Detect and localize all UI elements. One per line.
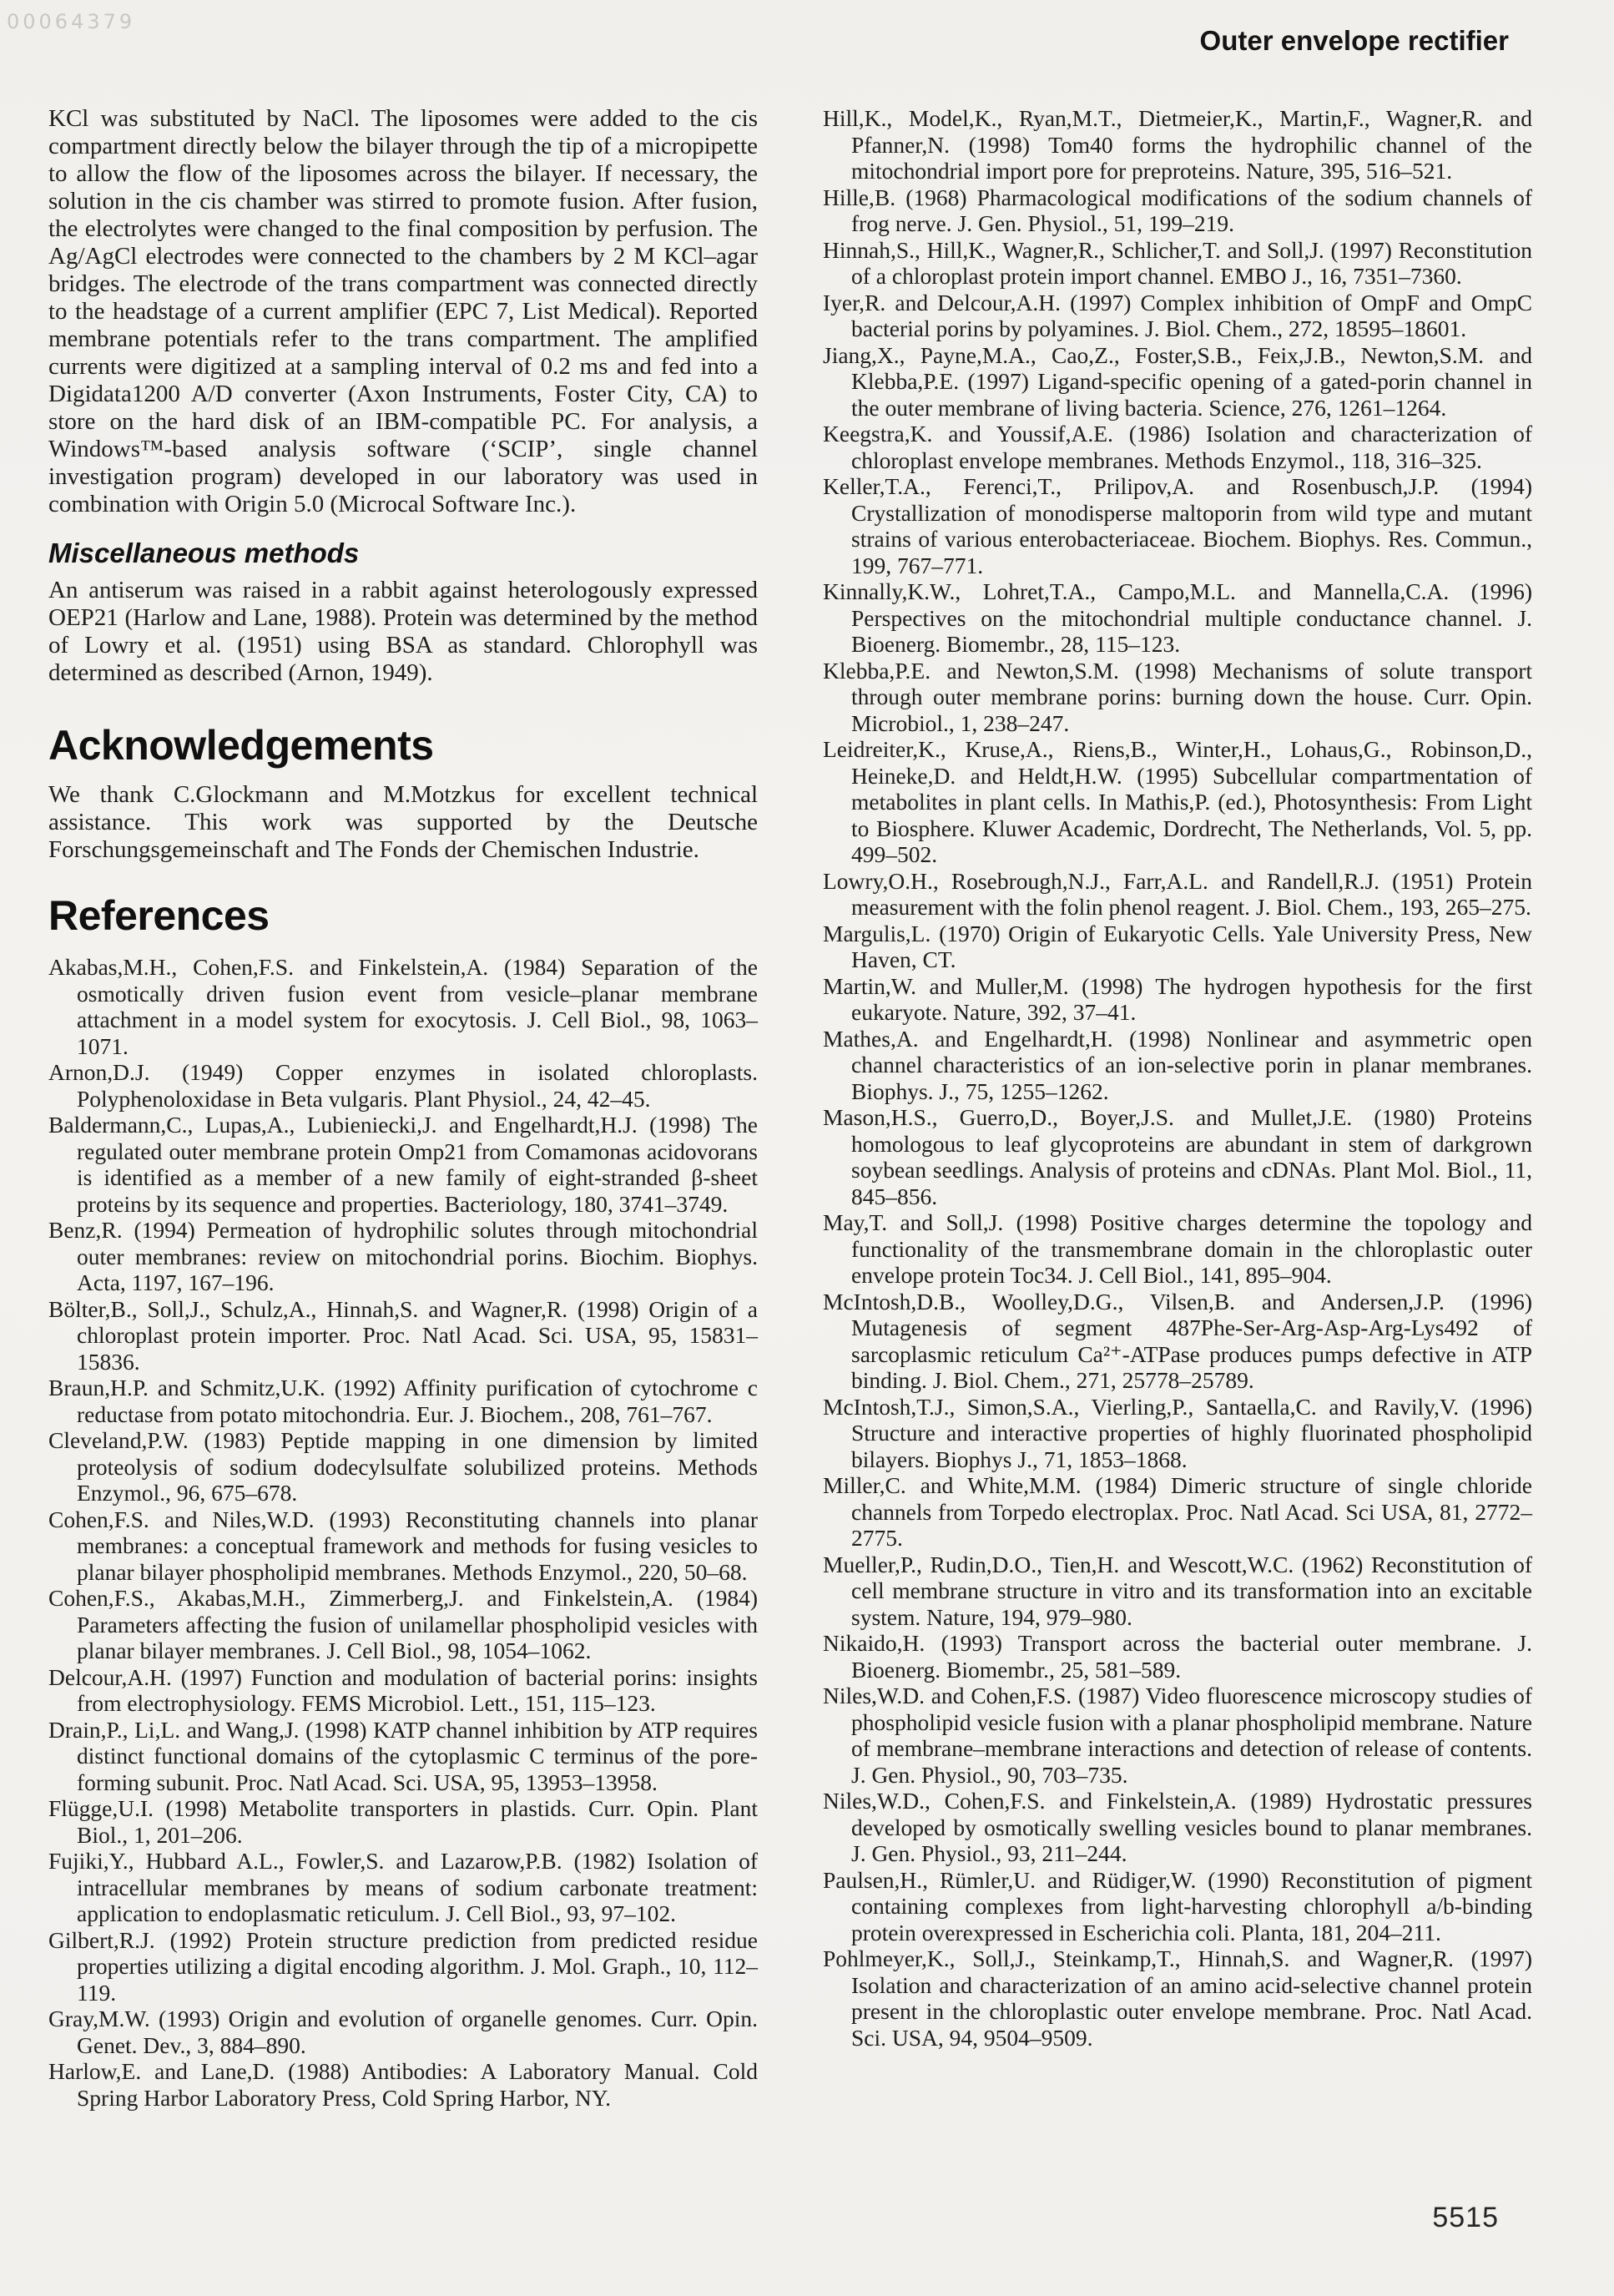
reference-item: Cleveland,P.W. (1983) Peptide mapping in… (48, 1427, 758, 1506)
reference-item: Mason,H.S., Guerro,D., Boyer,J.S. and Mu… (823, 1104, 1532, 1209)
acknowledgements-paragraph: We thank C.Glockmann and M.Motzkus for e… (48, 781, 758, 864)
reference-item: Iyer,R. and Delcour,A.H. (1997) Complex … (823, 290, 1532, 342)
scan-number-watermark: 00064379 (7, 10, 135, 33)
reference-item: Jiang,X., Payne,M.A., Cao,Z., Foster,S.B… (823, 342, 1532, 421)
reference-item: McIntosh,T.J., Simon,S.A., Vierling,P., … (823, 1394, 1532, 1473)
reference-item: Hille,B. (1968) Pharmacological modifica… (823, 184, 1532, 237)
reference-item: Cohen,F.S., Akabas,M.H., Zimmerberg,J. a… (48, 1585, 758, 1664)
reference-item: Niles,W.D. and Cohen,F.S. (1987) Video f… (823, 1683, 1532, 1788)
reference-item: Arnon,D.J. (1949) Copper enzymes in isol… (48, 1059, 758, 1112)
reference-item: Drain,P., Li,L. and Wang,J. (1998) KATP … (48, 1717, 758, 1796)
reference-item: McIntosh,D.B., Woolley,D.G., Vilsen,B. a… (823, 1289, 1532, 1394)
methods-paragraph: KCl was substituted by NaCl. The liposom… (48, 105, 758, 518)
reference-item: Lowry,O.H., Rosebrough,N.J., Farr,A.L. a… (823, 868, 1532, 921)
reference-item: Klebba,P.E. and Newton,S.M. (1998) Mecha… (823, 658, 1532, 737)
reference-list-right: Hill,K., Model,K., Ryan,M.T., Dietmeier,… (823, 105, 1532, 2051)
reference-item: Braun,H.P. and Schmitz,U.K. (1992) Affin… (48, 1375, 758, 1427)
miscellaneous-methods-paragraph: An antiserum was raised in a rabbit agai… (48, 577, 758, 687)
reference-item: Hill,K., Model,K., Ryan,M.T., Dietmeier,… (823, 105, 1532, 184)
reference-item: Benz,R. (1994) Permeation of hydrophilic… (48, 1217, 758, 1296)
reference-item: Gilbert,R.J. (1992) Protein structure pr… (48, 1927, 758, 2006)
reference-item: Mathes,A. and Engelhardt,H. (1998) Nonli… (823, 1026, 1532, 1105)
running-head: Outer envelope rectifier (1200, 25, 1509, 57)
reference-item: Cohen,F.S. and Niles,W.D. (1993) Reconst… (48, 1506, 758, 1586)
reference-item: Leidreiter,K., Kruse,A., Riens,B., Winte… (823, 736, 1532, 868)
acknowledgements-heading: Acknowledgements (48, 724, 758, 768)
reference-item: Hinnah,S., Hill,K., Wagner,R., Schlicher… (823, 237, 1532, 290)
reference-item: Margulis,L. (1970) Origin of Eukaryotic … (823, 921, 1532, 973)
left-column: KCl was substituted by NaCl. The liposom… (48, 105, 758, 2111)
reference-item: Baldermann,C., Lupas,A., Lubieniecki,J. … (48, 1112, 758, 1217)
references-heading: References (48, 894, 758, 938)
reference-item: Akabas,M.H., Cohen,F.S. and Finkelstein,… (48, 954, 758, 1059)
reference-item: Harlow,E. and Lane,D. (1988) Antibodies:… (48, 2058, 758, 2111)
reference-item: Fujiki,Y., Hubbard A.L., Fowler,S. and L… (48, 1848, 758, 1927)
reference-item: Nikaido,H. (1993) Transport across the b… (823, 1630, 1532, 1683)
reference-item: Bölter,B., Soll,J., Schulz,A., Hinnah,S.… (48, 1296, 758, 1375)
reference-item: Keller,T.A., Ferenci,T., Prilipov,A. and… (823, 473, 1532, 578)
reference-item: Pohlmeyer,K., Soll,J., Steinkamp,T., Hin… (823, 1945, 1532, 2051)
page-number: 5515 (1432, 2202, 1499, 2234)
reference-item: Mueller,P., Rudin,D.O., Tien,H. and Wesc… (823, 1552, 1532, 1631)
right-column: Hill,K., Model,K., Ryan,M.T., Dietmeier,… (823, 105, 1532, 2111)
reference-item: Gray,M.W. (1993) Origin and evolution of… (48, 2006, 758, 2058)
reference-item: Delcour,A.H. (1997) Function and modulat… (48, 1664, 758, 1717)
two-column-layout: KCl was substituted by NaCl. The liposom… (48, 105, 1532, 2111)
reference-item: Miller,C. and White,M.M. (1984) Dimeric … (823, 1472, 1532, 1552)
reference-item: Paulsen,H., Rümler,U. and Rüdiger,W. (19… (823, 1867, 1532, 1946)
reference-item: Kinnally,K.W., Lohret,T.A., Campo,M.L. a… (823, 578, 1532, 658)
reference-item: Keegstra,K. and Youssif,A.E. (1986) Isol… (823, 421, 1532, 473)
reference-list-left: Akabas,M.H., Cohen,F.S. and Finkelstein,… (48, 954, 758, 2111)
reference-item: Martin,W. and Muller,M. (1998) The hydro… (823, 973, 1532, 1026)
reference-item: Niles,W.D., Cohen,F.S. and Finkelstein,A… (823, 1788, 1532, 1867)
journal-page: 00064379 Outer envelope rectifier KCl wa… (0, 0, 1614, 2296)
reference-item: Flügge,U.I. (1998) Metabolite transporte… (48, 1795, 758, 1848)
reference-item: May,T. and Soll,J. (1998) Positive charg… (823, 1209, 1532, 1289)
miscellaneous-methods-heading: Miscellaneous methods (48, 538, 758, 568)
